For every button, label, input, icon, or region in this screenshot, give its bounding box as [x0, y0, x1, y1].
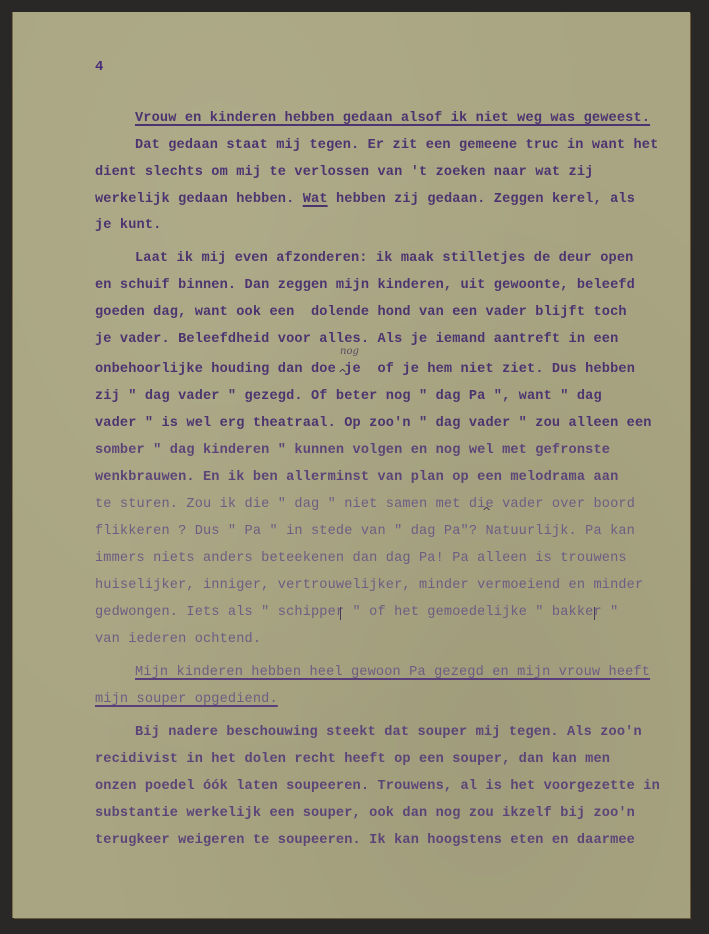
text-line: gedwongen. Iets als " schipper " of het …	[95, 604, 618, 622]
insertion-caret-icon: ^	[482, 505, 491, 518]
text-line: Laat ik mij even afzonderen: ik maak sti…	[135, 250, 633, 268]
text-line: Dat gedaan staat mij tegen. Er zit een g…	[135, 137, 658, 155]
handwritten-insertion: nog	[340, 346, 359, 357]
underlined-sentence: Vrouw en kinderen hebben gedaan alsof ik…	[135, 111, 650, 126]
text-line: wenkbrauwen. En ik ben allerminst van pl…	[95, 469, 618, 487]
text-line: huiselijker, inniger, vertrouwelijker, m…	[95, 577, 643, 595]
text-line: recidivist in het dolen recht heeft op e…	[95, 751, 610, 769]
text-line: van iederen ochtend.	[95, 631, 261, 649]
text-line: onbehoorlijke houding dan doe je of je h…	[95, 361, 635, 379]
text-line: goeden dag, want ook een dolende hond va…	[95, 304, 627, 322]
text-line: somber " dag kinderen " kunnen volgen en…	[95, 442, 610, 460]
text-line: te sturen. Zou ik die " dag " niet samen…	[95, 496, 635, 514]
underlined-sentence: Mijn kinderen hebben heel gewoon Pa geze…	[135, 665, 650, 680]
underlined-word: Wat	[303, 192, 328, 207]
text-line: terugkeer weigeren te soupeeren. Ik kan …	[95, 832, 635, 850]
text-line: onzen poedel óók laten soupeeren. Trouwe…	[95, 778, 660, 796]
text-line: mijn souper opgediend.	[95, 691, 278, 709]
handwritten-mark	[594, 607, 595, 620]
text-line: Mijn kinderen hebben heel gewoon Pa geze…	[135, 664, 650, 682]
text-line: en schuif binnen. Dan zeggen mijn kinder…	[95, 277, 635, 295]
handwritten-mark	[340, 607, 341, 620]
page-number: 4	[95, 59, 103, 75]
text-line: immers niets anders beteekenen dan dag P…	[95, 550, 627, 568]
text-line: dient slechts om mij te verlossen van 't…	[95, 164, 593, 182]
underlined-sentence: mijn souper opgediend.	[95, 692, 278, 707]
text-line: Vrouw en kinderen hebben gedaan alsof ik…	[135, 110, 650, 128]
text-line: werkelijk gedaan hebben. Wat hebben zij …	[95, 191, 635, 209]
text-line: flikkeren ? Dus " Pa " in stede van " da…	[95, 523, 635, 541]
text-line: je kunt.	[95, 217, 161, 235]
text-line: substantie werkelijk een souper, ook dan…	[95, 805, 635, 823]
text-line: vader " is wel erg theatraal. Op zoo'n "…	[95, 415, 652, 433]
text-line: Bij nadere beschouwing steekt dat souper…	[135, 724, 642, 742]
insertion-caret-icon: ^	[338, 367, 347, 380]
text-line: zij " dag vader " gezegd. Of beter nog "…	[95, 388, 602, 406]
